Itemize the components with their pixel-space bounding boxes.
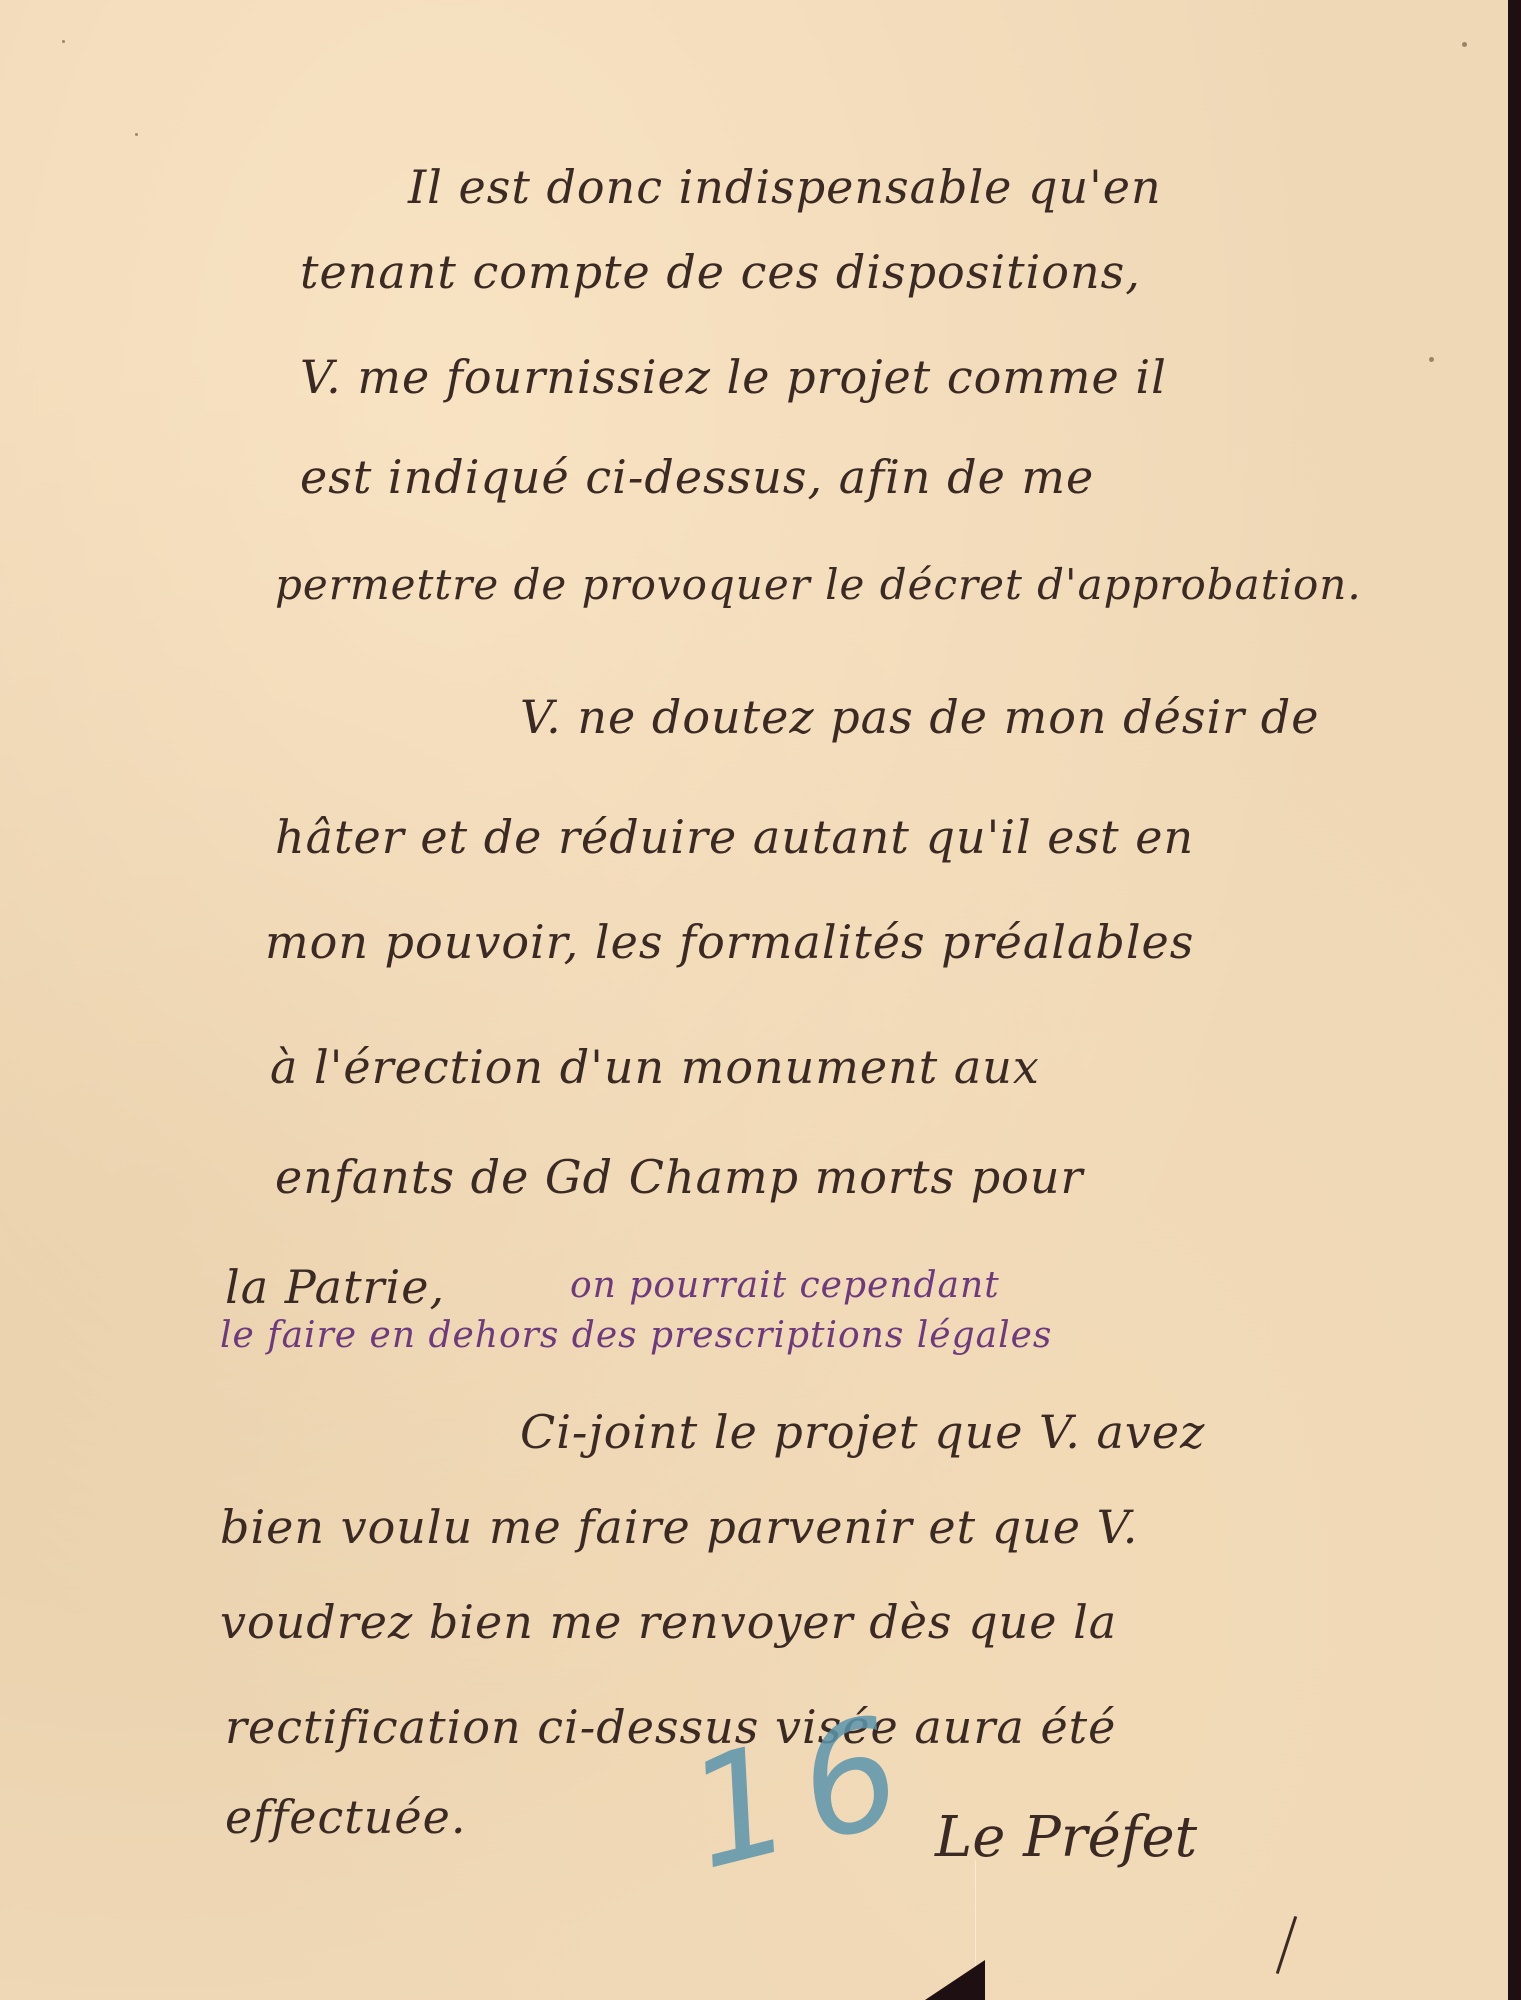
paper-speck — [1462, 42, 1467, 47]
letter-line-5: permettre de provoquer le décret d'appro… — [275, 560, 1362, 609]
letter-line-16: effectuée. — [225, 1790, 466, 1844]
paper-speck — [1429, 357, 1434, 362]
letter-line-11: la Patrie, — [225, 1260, 445, 1314]
letter-line-2: tenant compte de ces dispositions, — [300, 245, 1141, 299]
letter-line-14: voudrez bien me renvoyer dès que la — [220, 1595, 1117, 1649]
letter-line-4: est indiqué ci-dessus, afin de me — [300, 450, 1094, 504]
letter-line-13: bien voulu me faire parvenir et que V. — [220, 1500, 1138, 1554]
letter-line-10: enfants de Gd Champ morts pour — [275, 1150, 1083, 1204]
letter-page: Il est donc indispensable qu'en tenant c… — [0, 0, 1508, 2000]
letter-line-9: à l'érection d'un monument aux — [270, 1040, 1040, 1094]
signature-flourish — [1276, 1916, 1297, 1974]
letter-line-12: Ci-joint le projet que V. avez — [520, 1405, 1205, 1459]
annotation-line-1: on pourrait cependant — [570, 1265, 1000, 1306]
paper-speck — [135, 133, 138, 136]
letter-line-15: rectification ci-dessus visée aura été — [225, 1700, 1116, 1754]
letter-line-3: V. me fournissiez le projet comme il — [300, 350, 1167, 404]
scan-border — [1508, 0, 1521, 2000]
letter-line-1: Il est donc indispensable qu'en — [408, 160, 1162, 214]
letter-line-7: hâter et de réduire autant qu'il est en — [275, 810, 1194, 864]
annotation-line-2: le faire en dehors des prescriptions lég… — [220, 1315, 1052, 1356]
paper-speck — [62, 40, 65, 43]
letter-line-6: V. ne doutez pas de mon désir de — [520, 690, 1319, 744]
letter-line-8: mon pouvoir, les formalités préalables — [265, 915, 1194, 969]
